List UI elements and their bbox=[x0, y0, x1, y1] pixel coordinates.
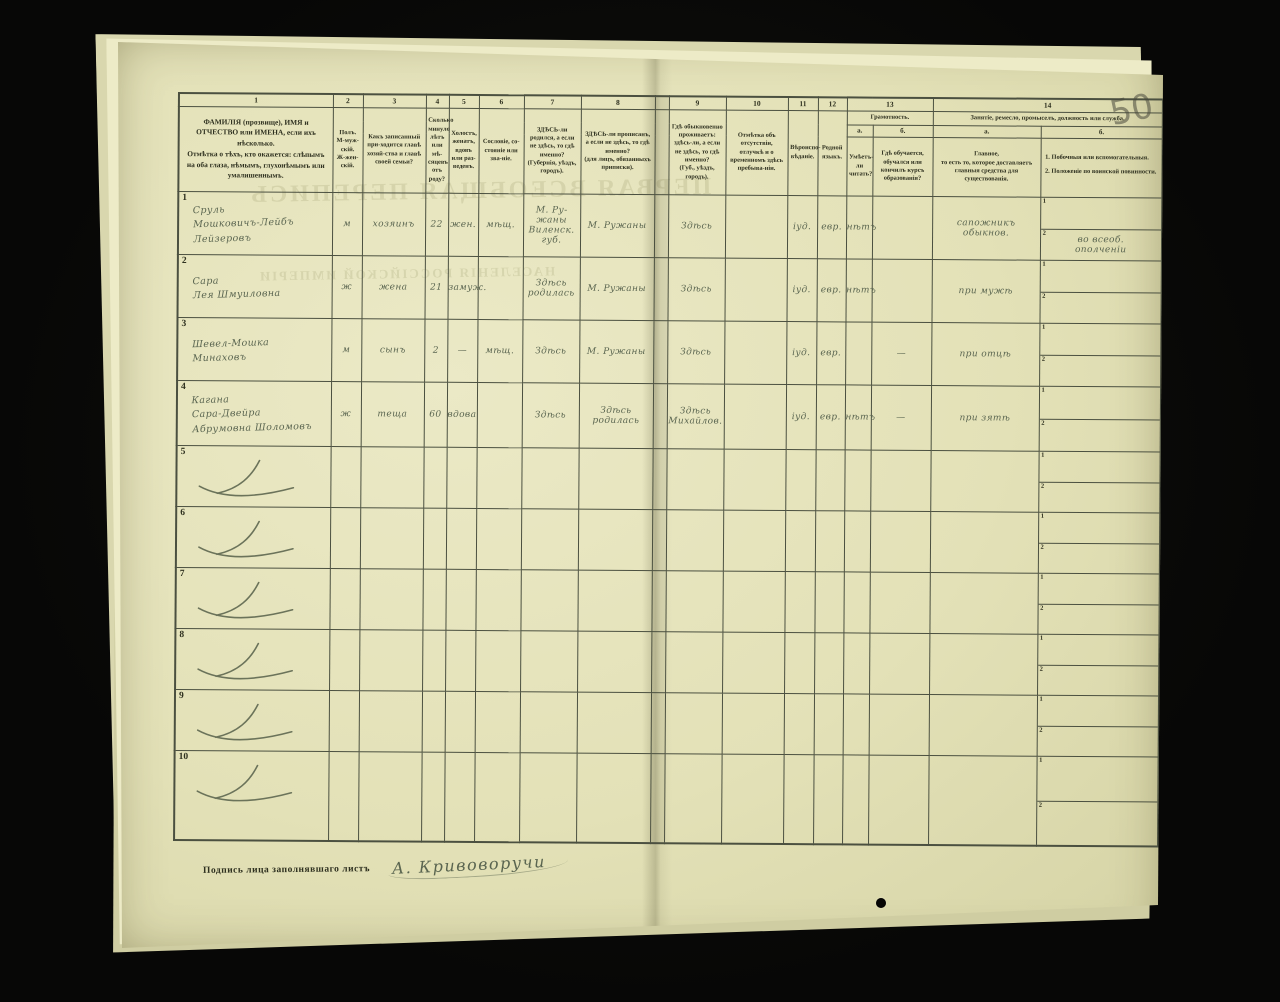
religion-entry bbox=[784, 693, 814, 754]
fold-gutter bbox=[653, 321, 667, 384]
born-entry bbox=[520, 692, 577, 753]
estate-entry: мѣщ. bbox=[478, 193, 523, 256]
name-cell: 1 Сруль Мошковичъ-Лейбъ Лейзеровъ bbox=[178, 191, 332, 255]
education-entry bbox=[870, 511, 930, 572]
relation-entry: сынъ bbox=[361, 319, 424, 382]
name-entry: Сруль Мошковичъ-Лейбъ Лейзеровъ bbox=[178, 197, 332, 250]
header-military-status: 2. Положеніе по воинской повинности. bbox=[1045, 168, 1158, 177]
born-entry bbox=[521, 509, 578, 570]
table-row: 8 1 2 bbox=[175, 628, 1159, 696]
religion-entry: іуд. bbox=[786, 321, 816, 384]
education-entry bbox=[868, 755, 929, 845]
marital-entry bbox=[444, 752, 475, 842]
marital-entry: — bbox=[447, 319, 477, 382]
absence-entry bbox=[722, 632, 784, 693]
name-cell: 3 Шевел-Мошка Минаховъ bbox=[177, 317, 331, 381]
education-entry bbox=[870, 450, 930, 511]
census-table-body: 1 Сруль Мошковичъ-Лейбъ Лейзеровъ м хозя… bbox=[174, 191, 1162, 847]
fold-gutter bbox=[653, 384, 667, 449]
marital-entry bbox=[445, 691, 475, 752]
absence-entry bbox=[721, 754, 784, 844]
resides-entry bbox=[665, 693, 722, 754]
registered-entry: Здѣсь родилась bbox=[579, 383, 653, 448]
table-row: 3 Шевел-Мошка Минаховъ м сынъ 2 — мѣщ. З… bbox=[177, 317, 1161, 387]
header-sex: Полъ. М-муж-скій. Ж-жен-скій. bbox=[332, 107, 363, 192]
side-occupation-cell: 1 2 bbox=[1039, 386, 1161, 452]
born-entry: Здѣсь родилась bbox=[522, 257, 579, 320]
education-entry bbox=[869, 572, 929, 633]
header-born-here: ЗДѢСЬ-ли родился, а если не здѣсь, то гд… bbox=[523, 109, 581, 194]
census-table: 1 2 3 4 5 6 7 8 9 10 11 12 13 1 bbox=[173, 92, 1164, 848]
sub-row-label-1: 1 bbox=[1040, 574, 1043, 581]
subheader-a: а. bbox=[847, 125, 873, 137]
table-row: 1 Сруль Мошковичъ-Лейбъ Лейзеровъ м хозя… bbox=[178, 191, 1162, 261]
resides-entry bbox=[666, 510, 723, 571]
occupation-entry: сапожникъ обыкнов. bbox=[932, 196, 1040, 260]
relation-entry bbox=[359, 569, 422, 630]
language-entry: евр. bbox=[816, 385, 845, 450]
resides-entry: Здѣсь bbox=[667, 258, 724, 321]
sub-row-label-1: 1 bbox=[1041, 513, 1044, 520]
sex-entry: м bbox=[332, 192, 362, 255]
resides-entry bbox=[665, 571, 722, 632]
relation-entry bbox=[360, 447, 423, 508]
education-entry bbox=[869, 694, 929, 755]
side-occupation-cell: 1 2 bbox=[1037, 695, 1159, 757]
language-entry: евр. bbox=[817, 196, 846, 259]
col-number: 12 bbox=[818, 97, 847, 110]
absence-entry bbox=[723, 510, 785, 571]
photo-background: ПЕРВАЯ ВСЕОБЩАЯ ПЕРЕПИСЬ НАСЕЛЕНІЯ РОССІ… bbox=[0, 0, 1280, 1002]
side-occupation-sub1: 1 bbox=[1039, 452, 1160, 483]
side-occupation-cell: 1 2 bbox=[1037, 573, 1159, 635]
side-occupation-cell: 1 2 bbox=[1037, 634, 1159, 696]
col-number: 8 bbox=[581, 96, 655, 110]
row-number: 10 bbox=[179, 752, 189, 762]
marital-entry bbox=[445, 569, 475, 630]
side-occupation-sub1: 1 bbox=[1037, 757, 1158, 802]
header-side-occupation-1: 1. Побочныя или вспомогательныя. bbox=[1045, 153, 1158, 162]
name-cell: 7 bbox=[175, 567, 329, 629]
fold-gutter bbox=[650, 753, 665, 843]
education-entry: — bbox=[871, 322, 931, 385]
fold-gutter bbox=[654, 109, 669, 194]
header-can-read: Умѣетъ-ли читать? bbox=[846, 137, 872, 196]
registered-entry bbox=[577, 570, 651, 631]
row-number: 5 bbox=[181, 447, 186, 457]
crossout-flourish bbox=[194, 639, 314, 684]
fold-gutter bbox=[653, 258, 667, 321]
col-number: 7 bbox=[524, 95, 581, 109]
occupation-entry: при отцѣ bbox=[931, 322, 1039, 386]
reads-entry bbox=[844, 511, 870, 572]
header-registered-here: ЗДѢСЬ-ли прописанъ, а если не здѣсь, то … bbox=[580, 109, 655, 195]
table-row: 10 1 2 bbox=[174, 750, 1159, 847]
registered-entry bbox=[576, 753, 651, 843]
header-estate: Сословіе, со-стояніе или зва-ніе. bbox=[478, 108, 524, 193]
side-occupation-sub2: 2 bbox=[1038, 604, 1159, 635]
col-number: 4 bbox=[426, 95, 449, 108]
side-occupation-sub2: 2 bbox=[1038, 665, 1159, 696]
fold-gutter bbox=[651, 570, 665, 631]
row-number: 6 bbox=[180, 508, 185, 518]
age-entry: 22 bbox=[425, 193, 448, 256]
marital-entry bbox=[446, 508, 476, 569]
occupation-entry bbox=[929, 633, 1037, 695]
reads-entry bbox=[843, 572, 869, 633]
relation-entry bbox=[360, 508, 423, 569]
absence-entry bbox=[723, 449, 785, 510]
name-cell: 2 Сара Лея Шмуиловна bbox=[178, 254, 332, 318]
col-number: 1 bbox=[179, 93, 333, 107]
signature-handwriting: А. Кривоворучи bbox=[388, 851, 569, 881]
sex-entry bbox=[330, 507, 360, 568]
crossout-flourish bbox=[195, 517, 315, 562]
born-entry bbox=[519, 753, 577, 843]
absence-entry bbox=[722, 571, 784, 632]
side-occupation-sub1: 1 bbox=[1038, 635, 1159, 666]
side-occupation-sub1: 1 bbox=[1039, 513, 1160, 544]
marital-entry bbox=[445, 630, 475, 691]
sub-row-label-1: 1 bbox=[1042, 387, 1045, 394]
fold-gutter bbox=[654, 195, 668, 258]
side-occupation-sub2: 2 bbox=[1039, 482, 1160, 513]
sub-row-label-1: 1 bbox=[1042, 261, 1045, 268]
header-language: Родной языкъ. bbox=[817, 110, 847, 195]
crossout-flourish bbox=[193, 761, 313, 806]
born-entry: Здѣсь bbox=[522, 320, 579, 383]
table-row: 4 Кагана Сара-Двейра Абрумовна Шоломовъ … bbox=[177, 380, 1161, 452]
reads-entry: нѣтъ bbox=[845, 385, 871, 450]
sub-row-label-2: 2 bbox=[1040, 605, 1043, 612]
name-entry: Кагана Сара-Двейра Абрумовна Шоломовъ bbox=[177, 387, 331, 440]
occupation-entry: при зятѣ bbox=[931, 385, 1039, 451]
side-occupation-sub2: 2 bbox=[1039, 419, 1160, 452]
header-religion: Вѣроиспо-вѣданіе. bbox=[787, 110, 818, 195]
language-entry bbox=[814, 633, 843, 694]
born-entry bbox=[520, 631, 577, 692]
estate-entry bbox=[475, 630, 520, 691]
language-entry bbox=[814, 572, 843, 633]
born-entry bbox=[520, 570, 577, 631]
age-entry bbox=[422, 569, 445, 630]
subheader-b: б. bbox=[1041, 126, 1163, 139]
age-entry bbox=[422, 630, 445, 691]
religion-entry bbox=[784, 571, 814, 632]
header-side-occupation: 1. Побочныя или вспомогательныя. 2. Поло… bbox=[1040, 138, 1162, 198]
age-entry bbox=[423, 508, 446, 569]
sex-entry bbox=[328, 751, 359, 841]
sub-row-label-2: 2 bbox=[1039, 802, 1042, 809]
sub-row-label-1: 1 bbox=[1041, 452, 1044, 459]
sex-entry bbox=[329, 690, 359, 751]
relation-entry bbox=[359, 691, 422, 752]
registered-entry: М. Ружаны bbox=[579, 320, 653, 383]
row-number: 7 bbox=[180, 569, 185, 579]
language-entry bbox=[815, 511, 844, 572]
col-number: 5 bbox=[449, 95, 479, 108]
sub-row-label-1: 1 bbox=[1039, 696, 1042, 703]
row-number: 9 bbox=[179, 691, 184, 701]
header-absence: Отмѣтка объ отсутствіи, отлучкѣ и о врем… bbox=[725, 110, 788, 196]
side-occupation-sub2: 2 bbox=[1040, 355, 1161, 387]
marital-entry: замуж. bbox=[447, 256, 477, 319]
sub-row-label-2: 2 bbox=[1042, 356, 1045, 363]
language-entry bbox=[813, 755, 843, 845]
registered-entry bbox=[578, 509, 652, 570]
resides-entry bbox=[664, 754, 722, 844]
absence-entry bbox=[724, 321, 786, 384]
marital-entry: вдова bbox=[447, 382, 477, 447]
reads-entry bbox=[842, 755, 869, 845]
name-entry: Шевел-Мошка Минаховъ bbox=[178, 330, 331, 369]
sex-entry: м bbox=[331, 318, 361, 381]
col-number: 2 bbox=[333, 94, 363, 107]
sub-row-label-1: 1 bbox=[1042, 324, 1045, 331]
side-occupation-sub2: 2 bbox=[1040, 292, 1161, 324]
table-row: 9 1 2 bbox=[175, 689, 1159, 757]
occupation-entry bbox=[929, 694, 1037, 756]
absence-entry bbox=[724, 258, 786, 321]
col-number: 3 bbox=[363, 94, 426, 108]
row-number: 8 bbox=[179, 630, 184, 640]
header-main-occupation: Главное, то есть то, которое доставляетъ… bbox=[932, 137, 1040, 197]
marital-entry: жен. bbox=[448, 193, 478, 256]
signature-label: Подпись лица заполнявшаго листъ bbox=[203, 864, 370, 876]
name-cell: 4 Кагана Сара-Двейра Абрумовна Шоломовъ bbox=[177, 380, 331, 446]
name-entry: Сара Лея Шмуиловна bbox=[178, 267, 331, 306]
table-row: 6 1 2 bbox=[176, 506, 1160, 574]
reads-entry: нѣтъ bbox=[846, 196, 872, 259]
resides-entry: Здѣсь bbox=[668, 195, 725, 258]
sex-entry bbox=[329, 568, 359, 629]
relation-entry: теща bbox=[361, 382, 424, 447]
estate-entry bbox=[477, 382, 522, 447]
header-resides: Гдѣ обыкновенно проживаетъ: здѣсь-ли, а … bbox=[668, 110, 726, 195]
born-entry: М. Ру- жаны Виленск. губ. bbox=[523, 194, 580, 257]
col-number: 11 bbox=[788, 97, 818, 110]
religion-entry bbox=[785, 449, 815, 510]
religion-entry: іуд. bbox=[786, 258, 816, 321]
table-row: 7 1 2 bbox=[175, 567, 1159, 635]
religion-entry: іуд. bbox=[787, 195, 817, 258]
name-cell: 8 bbox=[175, 628, 329, 690]
sub-row-label-2: 2 bbox=[1043, 230, 1046, 237]
marital-entry bbox=[446, 447, 476, 508]
born-entry bbox=[521, 448, 578, 509]
absence-entry bbox=[722, 693, 784, 754]
occupation-entry bbox=[930, 450, 1038, 512]
reads-entry: нѣтъ bbox=[845, 259, 871, 322]
name-cell: 9 bbox=[175, 689, 329, 751]
side-occupation-sub1: 1 bbox=[1041, 198, 1162, 230]
crossout-flourish bbox=[194, 578, 314, 623]
side-occupation-sub1: 1 bbox=[1037, 696, 1158, 727]
reads-entry bbox=[843, 694, 869, 755]
fold-gutter bbox=[652, 448, 666, 509]
education-entry: — bbox=[871, 385, 931, 450]
side-occupation-cell: 1 2 bbox=[1039, 323, 1161, 387]
age-entry bbox=[422, 691, 445, 752]
side-occupation-sub2: 2 bbox=[1038, 543, 1159, 574]
header-relation: Какъ записанный при-ходится главѣ хозяй-… bbox=[362, 107, 426, 193]
sub-row-label-2: 2 bbox=[1042, 293, 1045, 300]
crossout-flourish bbox=[194, 700, 314, 745]
name-cell: 5 bbox=[176, 445, 330, 507]
sub-row-label-2: 2 bbox=[1040, 666, 1043, 673]
resides-entry: Здѣсь bbox=[667, 321, 724, 384]
side-occupation-sub1: 1 bbox=[1039, 387, 1160, 420]
age-entry: 21 bbox=[425, 256, 448, 319]
language-entry: евр. bbox=[816, 259, 845, 322]
estate-entry bbox=[475, 691, 520, 752]
occupation-entry: при мужѣ bbox=[931, 259, 1039, 323]
sub-row-label-1: 1 bbox=[1040, 635, 1043, 642]
side-occupation-cell: 1 2 bbox=[1039, 260, 1161, 324]
table-row: 5 1 2 bbox=[176, 445, 1160, 513]
header-literacy: Грамотность. bbox=[847, 111, 933, 126]
sub-row-label-2: 2 bbox=[1040, 544, 1043, 551]
sex-entry: ж bbox=[331, 381, 361, 446]
side-occupation-cell: 1 2 bbox=[1038, 512, 1160, 574]
registered-entry bbox=[578, 448, 652, 509]
relation-entry: жена bbox=[362, 256, 425, 319]
resides-entry bbox=[665, 632, 722, 693]
reads-entry bbox=[844, 450, 870, 511]
fold-gutter bbox=[655, 96, 669, 109]
resides-entry: Здѣсь Михайлов. bbox=[667, 384, 724, 449]
language-entry bbox=[814, 694, 843, 755]
reads-entry bbox=[843, 633, 869, 694]
religion-entry: іуд. bbox=[786, 384, 816, 449]
name-cell: 10 bbox=[174, 750, 329, 841]
sub-row-label-2: 2 bbox=[1041, 483, 1044, 490]
crossout-flourish bbox=[195, 456, 315, 501]
header-name: ФАМИЛІЯ (прозвище), ИМЯ и ОТЧЕСТВО или И… bbox=[178, 106, 333, 192]
fold-gutter bbox=[651, 692, 665, 753]
estate-entry: мѣщ. bbox=[477, 319, 522, 382]
signature-block: Подпись лица заполнявшаго листъ А. Криво… bbox=[203, 854, 568, 880]
side-occupation-sub2: 2 bbox=[1037, 801, 1158, 846]
age-entry: 60 bbox=[424, 382, 447, 447]
religion-entry bbox=[785, 510, 815, 571]
table-row: 2 Сара Лея Шмуиловна ж жена 21 замуж. Зд… bbox=[178, 254, 1162, 324]
religion-entry bbox=[783, 754, 814, 844]
header-age: Сколько минуло лѣтъ или мѣ-сяцевъ отъ ро… bbox=[425, 108, 449, 193]
sub-row-label-1: 1 bbox=[1043, 198, 1046, 205]
side-occupation-sub1: 1 bbox=[1038, 574, 1159, 605]
relation-entry bbox=[359, 630, 422, 691]
age-entry: 2 bbox=[424, 319, 447, 382]
reads-entry bbox=[845, 322, 871, 385]
side-occupation-sub2: 2 во всеоб. ополченіи bbox=[1040, 229, 1161, 261]
registered-entry: М. Ружаны bbox=[579, 257, 653, 320]
punch-hole bbox=[876, 898, 886, 908]
absence-entry bbox=[725, 195, 787, 258]
born-entry: Здѣсь bbox=[522, 383, 579, 448]
header-education: Гдѣ обучается, обучался или кончилъ курс… bbox=[872, 137, 932, 196]
age-entry bbox=[423, 447, 446, 508]
registered-entry bbox=[577, 692, 651, 753]
col-number: 10 bbox=[726, 97, 788, 111]
sub-row-label-1: 1 bbox=[1039, 757, 1042, 764]
estate-entry bbox=[475, 569, 520, 630]
occupation-entry bbox=[929, 572, 1037, 634]
side-occupation-cell: 1 2 bbox=[1038, 451, 1160, 513]
row-number: 3 bbox=[181, 319, 186, 329]
education-entry bbox=[871, 259, 931, 322]
fold-gutter bbox=[652, 509, 666, 570]
side-occupation-cell: 1 2 bbox=[1036, 756, 1159, 847]
absence-entry bbox=[724, 384, 786, 449]
registered-entry: М. Ружаны bbox=[580, 194, 654, 257]
subheader-a: а. bbox=[933, 125, 1041, 138]
side-occupation-sub1: 1 bbox=[1040, 261, 1161, 293]
census-form-page: ПЕРВАЯ ВСЕОБЩАЯ ПЕРЕПИСЬ НАСЕЛЕНІЯ РОССІ… bbox=[108, 30, 1170, 960]
subheader-b: б. bbox=[873, 125, 933, 137]
side-occupation-sub2: 2 bbox=[1037, 726, 1158, 757]
occupation-entry bbox=[930, 511, 1038, 573]
age-entry bbox=[421, 752, 445, 842]
estate-entry bbox=[474, 752, 520, 842]
estate-entry bbox=[476, 508, 521, 569]
side2-entry: во всеоб. ополченіи bbox=[1075, 235, 1127, 255]
resides-entry bbox=[666, 449, 723, 510]
registered-entry bbox=[577, 631, 651, 692]
relation-entry bbox=[358, 752, 422, 842]
language-entry bbox=[815, 450, 844, 511]
relation-entry: хозяинъ bbox=[362, 193, 425, 256]
col-number: 9 bbox=[669, 96, 726, 110]
side-occupation-cell: 1 2 во всеоб. ополченіи bbox=[1040, 197, 1162, 261]
religion-entry bbox=[784, 632, 814, 693]
side-occupation-sub1: 1 bbox=[1040, 324, 1161, 356]
census-table-wrap: 1 2 3 4 5 6 7 8 9 10 11 12 13 1 bbox=[173, 92, 1164, 848]
language-entry: евр. bbox=[816, 322, 845, 385]
col-number: 13 bbox=[847, 97, 933, 111]
education-entry bbox=[869, 633, 929, 694]
sub-row-label-2: 2 bbox=[1041, 420, 1044, 427]
occupation-entry bbox=[928, 755, 1037, 846]
sex-entry: ж bbox=[332, 255, 362, 318]
fold-gutter bbox=[651, 631, 665, 692]
name-cell: 6 bbox=[176, 506, 330, 568]
sex-entry bbox=[329, 629, 359, 690]
sub-row-label-2: 2 bbox=[1039, 727, 1042, 734]
row-number: 2 bbox=[182, 256, 187, 266]
col-number: 6 bbox=[479, 95, 524, 109]
estate-entry bbox=[476, 447, 521, 508]
sex-entry bbox=[330, 446, 360, 507]
education-entry bbox=[872, 196, 932, 259]
